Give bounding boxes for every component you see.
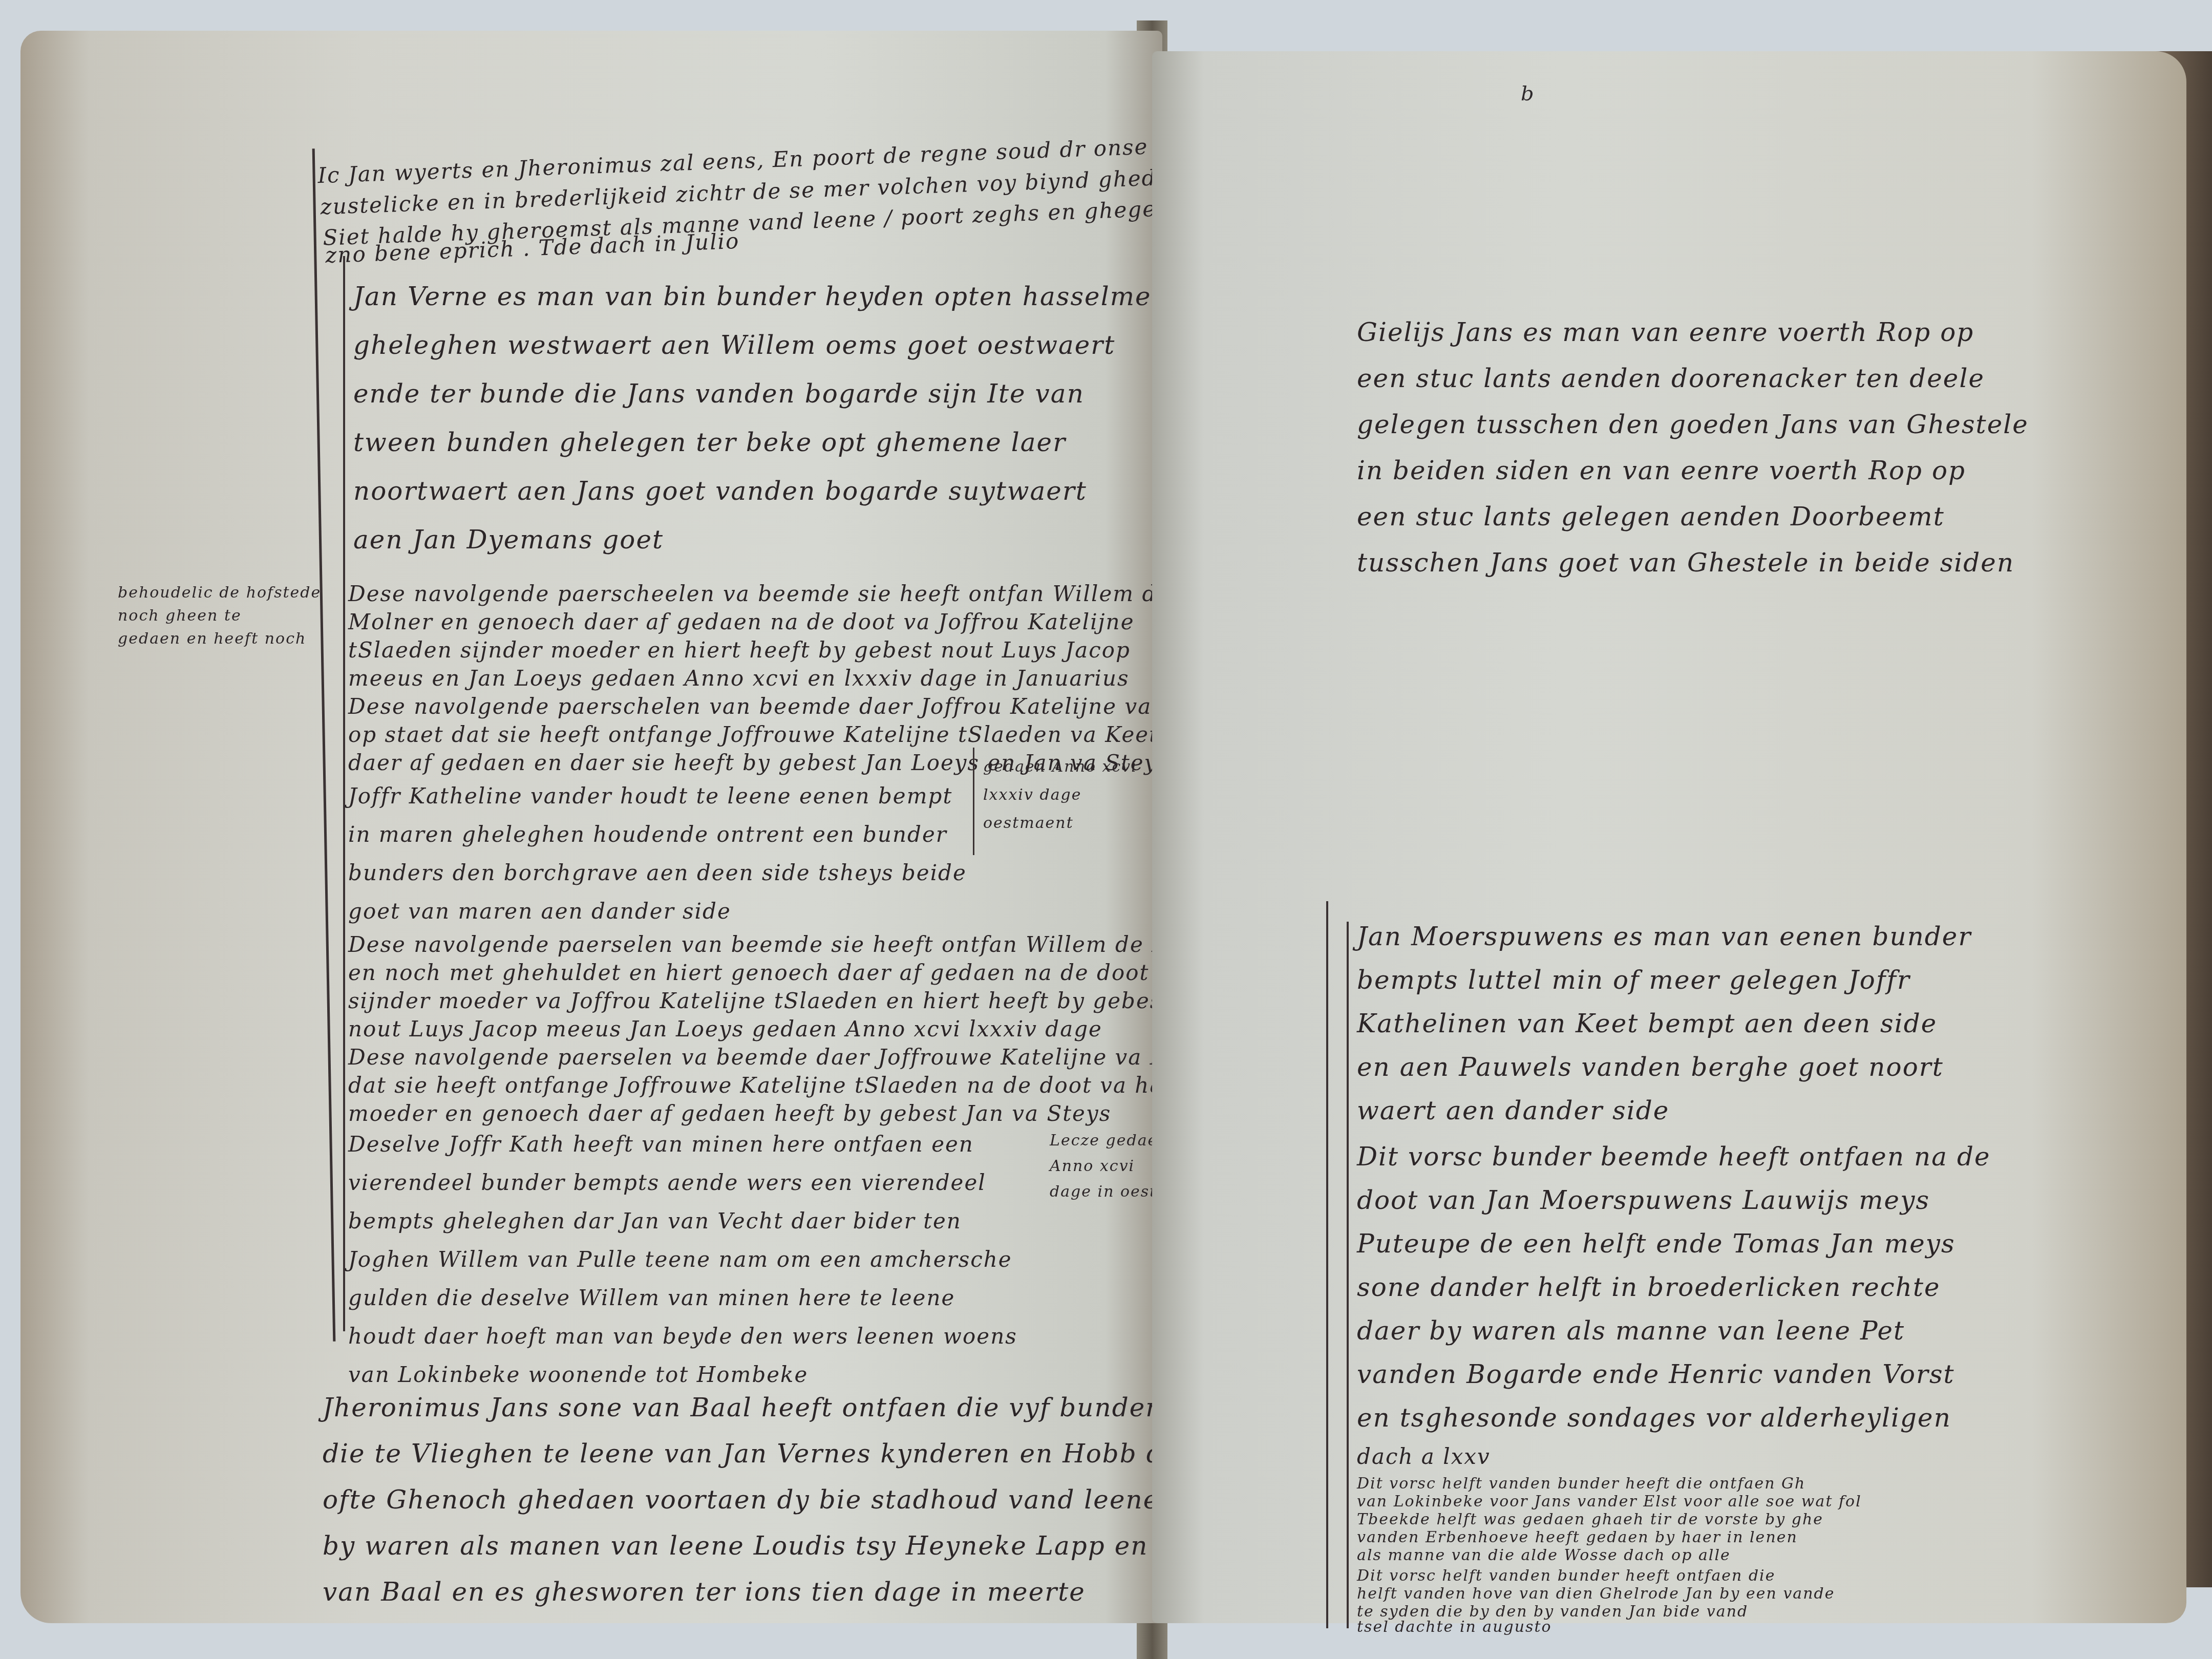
right-entry1-line-5: een stuc lants gelegen aenden Doorbeemt — [1357, 502, 1945, 531]
margin-note-3-line-1: Lecze gedaen — [1050, 1132, 1169, 1150]
entry2-line-19: Deselve Joffr Kath heeft van minen here … — [348, 1132, 974, 1157]
entry2-line-21: bempts gheleghen dar Jan van Vecht daer … — [348, 1208, 962, 1233]
right-entry1-line-2: een stuc lants aenden doorenacker ten de… — [1357, 364, 1985, 393]
margin-note-3-line-2: Anno xcvi — [1050, 1157, 1135, 1175]
entry1-line-5: noortwaert aen Jans goet vanden bogarde … — [353, 476, 1087, 506]
right-entry2-line-7: doot van Jan Moerspuwens Lauwijs meys — [1357, 1185, 1930, 1215]
right-entry2-line-8: Puteupe de een helft ende Tomas Jan meys — [1357, 1229, 1955, 1259]
right-entry3-line-5: als manne van die alde Wosse dach op all… — [1357, 1546, 1731, 1564]
note-box-line — [973, 748, 974, 855]
right-entry2-line-11: vanden Bogarde ende Henric vanden Vorst — [1357, 1359, 1955, 1389]
right-entry3-line-6: Dit vorsc helft vanden bunder heeft ontf… — [1357, 1567, 1775, 1585]
entry2-line-18: moeder en genoech daer af gedaen heeft b… — [348, 1101, 1111, 1126]
entry3-line-5: van Baal en es ghesworen ter ions tien d… — [323, 1577, 1086, 1607]
right-entry2-line-6: Dit vorsc bunder beemde heeft ontfaen na… — [1357, 1142, 1991, 1172]
right-bracket-line — [1326, 901, 1328, 1628]
entry2-line-8: Joffr Katheline vander houdt te leene ee… — [348, 783, 952, 809]
entry3-line-2: die te Vlieghen te leene van Jan Vernes … — [323, 1439, 1209, 1469]
entry2-line-6: op staet dat sie heeft ontfange Joffrouw… — [348, 722, 1159, 747]
entry2-line-11: goet van maren aen dander side — [348, 899, 731, 924]
right-entry1-line-1: Gielijs Jans es man van eenre voerth Rop… — [1357, 317, 1974, 347]
entry2-line-23: gulden die deselve Willem van minen here… — [348, 1285, 955, 1310]
right-entry2-line-12: en tsghesonde sondages vor alderheyligen — [1357, 1403, 1951, 1433]
entry3-line-4: by waren als manen van leene Loudis tsy … — [323, 1531, 1200, 1561]
entry2-line-24: houdt daer hoeft man van beyde den wers … — [348, 1324, 1017, 1349]
margin-note-2-line-3: oestmaent — [983, 814, 1074, 832]
right-page: b Gielijs Jans es man van eenre voerth R… — [1152, 51, 2186, 1623]
open-manuscript: Ic Jan wyerts en Jheronimus zal eens, En… — [0, 0, 2212, 1659]
entry2-line-25: van Lokinbeke woonende tot Hombeke — [348, 1362, 808, 1387]
entry1-line-6: aen Jan Dyemans goet — [353, 525, 664, 555]
margin-note-3-line-3: dage in oest — [1050, 1183, 1157, 1201]
right-entry3-line-9: tsel dachte in augusto — [1357, 1618, 1552, 1636]
entry2-line-3: tSlaeden sijnder moeder en hiert heeft b… — [348, 637, 1131, 663]
right-entry2-line-10: daer by waren als manne van leene Pet — [1357, 1316, 1905, 1346]
margin-note-1-line-3: gedaen en heeft noch — [118, 630, 306, 648]
left-page: Ic Jan wyerts en Jheronimus zal eens, En… — [20, 31, 1162, 1623]
entry2-line-12: Dese navolgende paerselen van beemde sie… — [348, 932, 1237, 957]
entry2-line-20: vierendeel bunder bempts aende wers een … — [348, 1170, 986, 1195]
right-bracket-line-2 — [1347, 922, 1349, 1628]
right-entry3-line-4: vanden Erbenhoeve heeft gedaen by haer i… — [1357, 1528, 1798, 1546]
right-entry3-line-2: van Lokinbeke voor Jans vander Elst voor… — [1357, 1493, 1862, 1511]
right-entry3-line-1: Dit vorsc helft vanden bunder heeft die … — [1357, 1475, 1805, 1493]
entry2-line-10: bunders den borchgrave aen deen side tsh… — [348, 860, 967, 885]
margin-note-2-line-2: lxxxiv dage — [983, 786, 1081, 804]
right-entry2-line-2: bempts luttel min of meer gelegen Joffr — [1357, 965, 1910, 995]
entry2-line-22: Joghen Willem van Pulle teene nam om een… — [348, 1247, 1012, 1272]
right-entry3-line-7: helft vanden hove van dien Ghelrode Jan … — [1357, 1585, 1835, 1603]
right-entry1-line-4: in beiden siden en van eenre voerth Rop … — [1357, 456, 1966, 485]
entry2-line-15: nout Luys Jacop meeus Jan Loeys gedaen A… — [348, 1016, 1102, 1041]
entry3-line-3: ofte Ghenoch ghedaen voortaen dy bie sta… — [323, 1485, 1232, 1515]
entry2-line-13: en noch met ghehuldet en hiert genoech d… — [348, 960, 1184, 985]
right-entry2-line-4: en aen Pauwels vanden berghe goet noort — [1357, 1052, 1944, 1082]
entry3-line-1: Jheronimus Jans sone van Baal heeft ontf… — [323, 1393, 1268, 1422]
margin-note-1-line-2: noch gheen te — [118, 607, 242, 625]
entry2-line-2: Molner en genoech daer af gedaen na de d… — [348, 609, 1135, 634]
entry2-line-4: meeus en Jan Loeys gedaen Anno xcvi en l… — [348, 666, 1130, 691]
entry1-line-2: gheleghen westwaert aen Willem oems goet… — [353, 330, 1115, 360]
entry2-line-16: Dese navolgende paerselen va beemde daer… — [348, 1045, 1240, 1070]
entry-bracket-line — [343, 256, 345, 1331]
entry2-line-14: sijnder moeder va Joffrou Katelijne tSla… — [348, 988, 1172, 1013]
right-entry1-line-6: tusschen Jans goet van Ghestele in beide… — [1357, 548, 2014, 578]
right-entry2-line-9: sone dander helft in broederlicken recht… — [1357, 1272, 1941, 1302]
right-entry1-line-3: gelegen tusschen den goeden Jans van Ghe… — [1357, 410, 2029, 439]
entry2-line-1: Dese navolgende paerscheelen va beemde s… — [348, 581, 1171, 606]
margin-note-2-line-1: gedaen Anno xcvi — [983, 758, 1137, 776]
entry2-line-5: Dese navolgende paerschelen van beemde d… — [348, 694, 1166, 719]
right-entry2-line-1: Jan Moerspuwens es man van eenen bunder — [1357, 922, 1971, 951]
right-entry3-line-3: Tbeekde helft was gedaen ghaeh tir de vo… — [1357, 1511, 1823, 1528]
entry1-line-1: Jan Verne es man van bin bunder heyden o… — [353, 282, 1152, 311]
entry1-line-3: ende ter bunde die Jans vanden bogarde s… — [353, 379, 1084, 409]
page-number: b — [1521, 82, 1534, 105]
entry2-line-9: in maren gheleghen houdende ontrent een … — [348, 822, 947, 847]
margin-bracket-line — [312, 148, 336, 1342]
entry2-line-17: dat sie heeft ontfange Joffrouwe Katelij… — [348, 1073, 1188, 1098]
right-entry2-line-5: waert aen dander side — [1357, 1096, 1669, 1125]
margin-note-1-line-1: behoudelic de hofstede — [118, 584, 321, 602]
right-entry2-line-13: dach a lxxv — [1357, 1444, 1491, 1469]
right-entry2-line-3: Kathelinen van Keet bempt aen deen side — [1357, 1009, 1937, 1038]
entry1-line-4: tween bunden ghelegen ter beke opt gheme… — [353, 428, 1066, 457]
